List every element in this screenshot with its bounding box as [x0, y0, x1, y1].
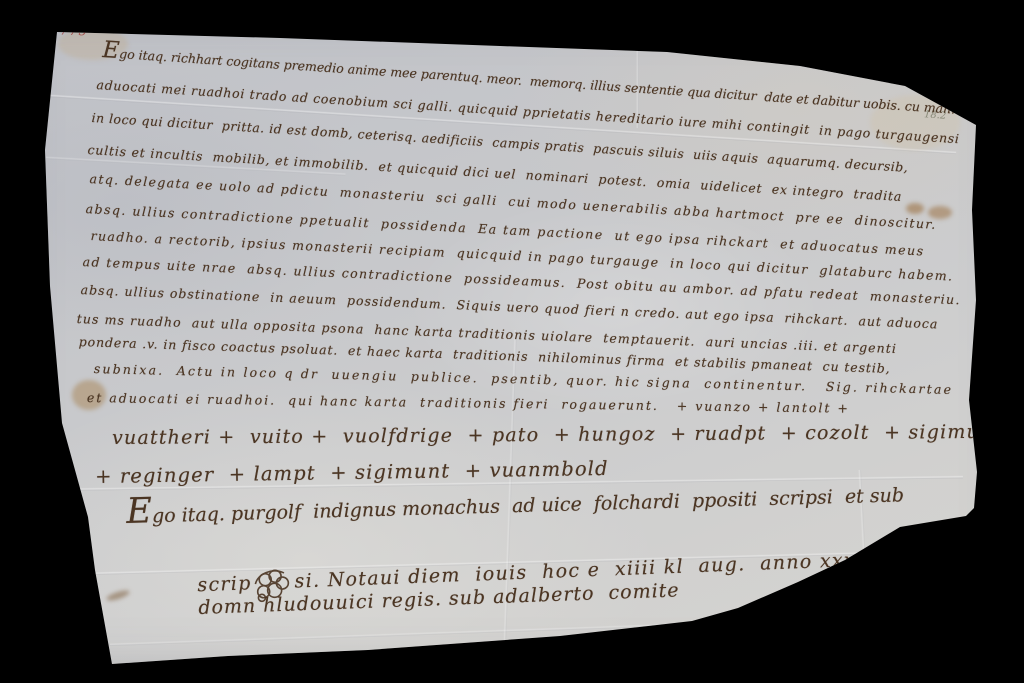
manuscript-line-13: et aduocati ei ruadhoi. qui hanc karta t…: [87, 391, 850, 416]
archive-number: 775: [60, 24, 88, 40]
charter-photo: 775 18.2 Ego itaq. richhart cogitans pre…: [0, 0, 1024, 683]
parchment: 775 18.2 Ego itaq. richhart cogitans pre…: [0, 0, 1024, 683]
witness-signature-line-1: vuattheri + vuito + vuolfdrige + pato + …: [112, 422, 1002, 450]
stain: [906, 203, 924, 214]
subscription-text-before-knot: scrip: [197, 572, 252, 596]
stain: [106, 588, 131, 602]
photo-background: { "colors": { "background": "#000000", "…: [0, 0, 1024, 683]
witness-signature-line-2: + reginger + lampt + sigimunt + vuanmbol…: [95, 458, 609, 488]
scribe-subscription-line-1: Ego itaq. purgolf indignus monachus ad u…: [126, 480, 904, 529]
